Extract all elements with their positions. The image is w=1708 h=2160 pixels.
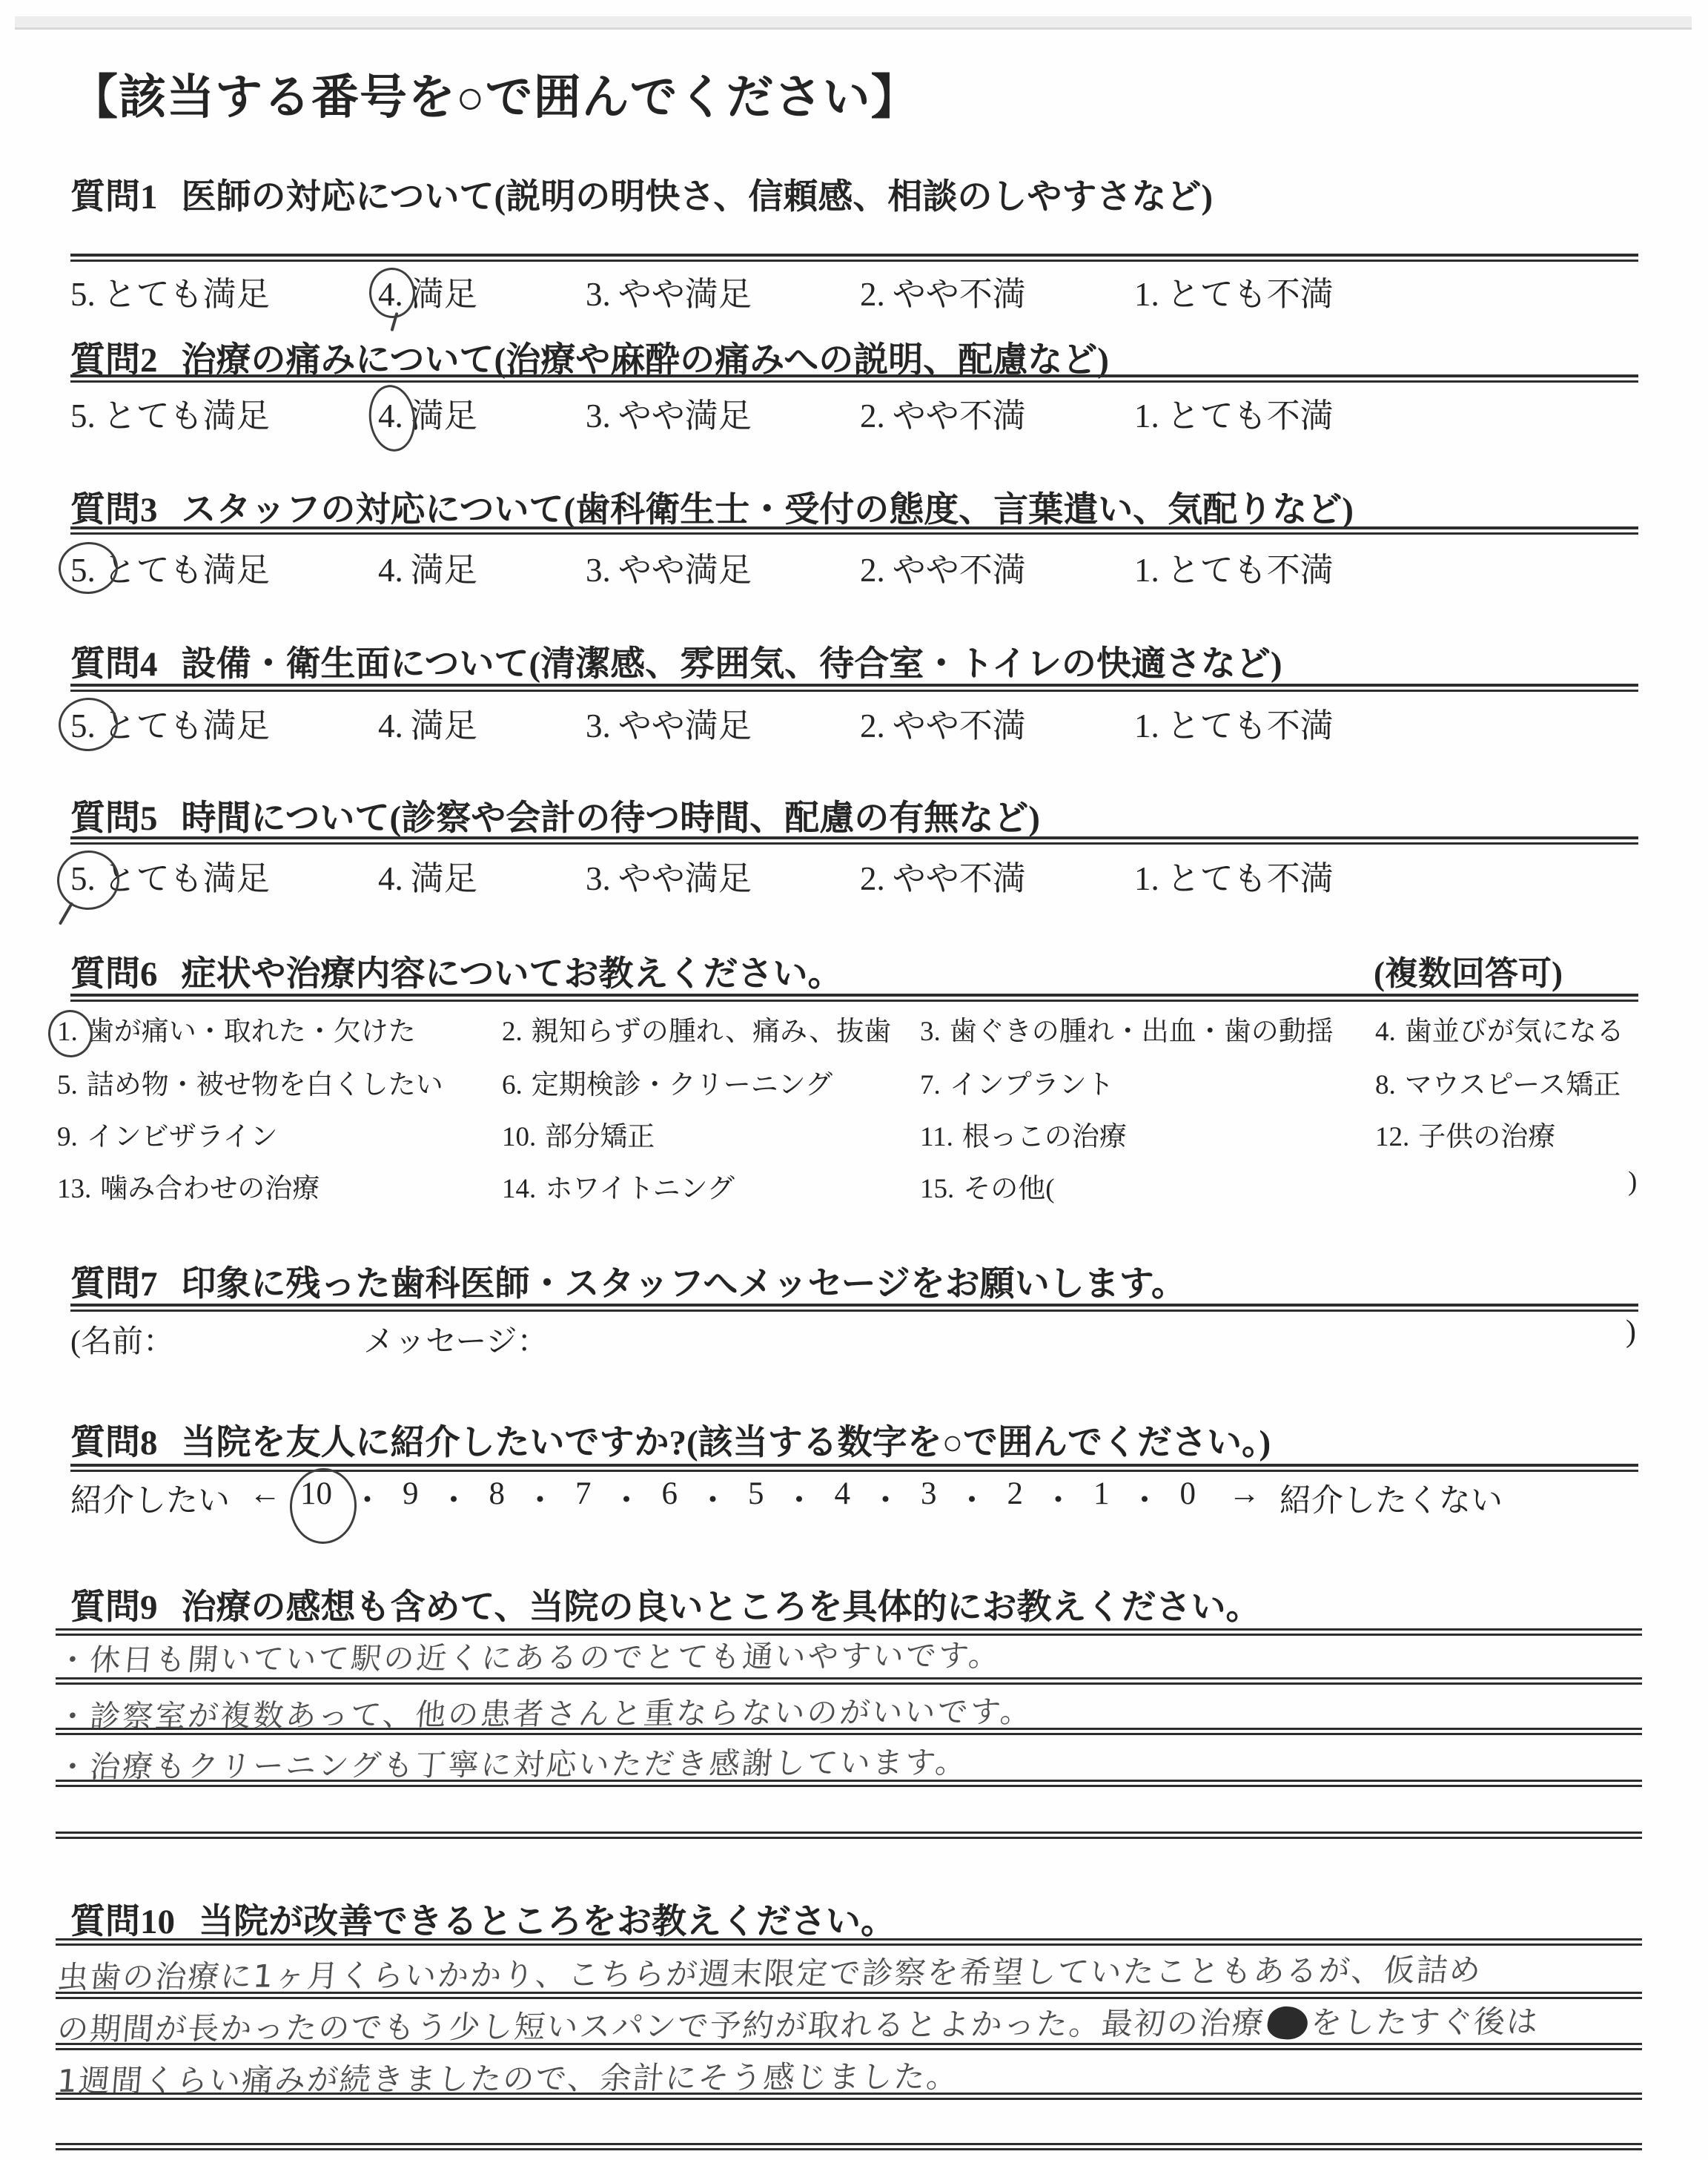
q6-other-close-paren: ) [1628, 1166, 1637, 1198]
option-label: やや満足 [618, 552, 752, 589]
q6-item-14: 14.ホワイトニング [502, 1166, 920, 1206]
q6-items-row-4: 13.噛み合わせの治療 14.ホワイトニング 15.その他( [57, 1166, 1375, 1206]
circled-number-wrap: 4. [378, 275, 411, 314]
option-label: とても不満 [1167, 552, 1334, 589]
q8-heading: 質問8当院を友人に紹介したいですか?(該当する数字を○で囲んでください。) [70, 1415, 1271, 1464]
option-label: やや満足 [618, 276, 752, 313]
item-number: 6. [502, 1070, 523, 1100]
q3-heading: 質問3スタッフの対応について(歯科衛生士・受付の態度、言葉遣い、気配りなど) [70, 482, 1354, 532]
q10-answer-line-rule [56, 2143, 1642, 2150]
dot-separator: ・ [697, 1476, 729, 1521]
dot-separator: ・ [351, 1476, 383, 1521]
q2-option-3: 3.やや満足 [586, 389, 860, 437]
q6-item-3: 3.歯ぐきの腫れ・出血・歯の動揺 [920, 1008, 1375, 1048]
q8-number-4: 4 [835, 1476, 851, 1512]
item-number: 15. [920, 1174, 954, 1204]
q7-text: 印象に残った歯科医師・スタッフへメッセージをお願いします。 [182, 1265, 1186, 1304]
q9-answer-line-rule [56, 1728, 1642, 1735]
q7-rule [70, 1304, 1638, 1312]
item-number: 14. [502, 1174, 536, 1204]
scribbled-out-character [1265, 2004, 1311, 2041]
circled-number-wrap: 5. [70, 707, 103, 745]
option-number: 4. [378, 707, 403, 744]
item-number: 9. [57, 1122, 78, 1152]
q9-handwritten-answer-1: ・休日も開いていて駅の近くにあるのでとても通いやすいです。 [56, 1631, 1003, 1680]
circled-number-wrap: 10 [300, 1476, 332, 1512]
item-label: 定期検診・クリーニング [532, 1070, 833, 1100]
q6-item-9: 9.インビザライン [57, 1114, 502, 1154]
q6-item-2: 2.親知らずの腫れ、痛み、抜歯 [502, 1008, 920, 1048]
q1-options: 5.とても満足 4.満足 3.やや満足 2.やや不満 1.とても不満 [70, 267, 1334, 315]
q3-rule [70, 526, 1638, 535]
option-number: 1. [1134, 397, 1159, 435]
q6-label: 質問6 [70, 955, 158, 994]
option-label: 満足 [411, 707, 477, 744]
q1-option-2: 2.やや不満 [860, 267, 1134, 315]
item-number: 2. [502, 1017, 523, 1047]
scan-edge-artifact [15, 16, 1692, 30]
item-label: マウスピース矯正 [1405, 1070, 1621, 1100]
item-number: 5. [57, 1070, 78, 1100]
q6-item-12: 12.子供の治療 [1375, 1114, 1555, 1154]
q3-text: スタッフの対応について(歯科衛生士・受付の態度、言葉遣い、気配りなど) [182, 491, 1354, 529]
q3-option-2: 2.やや不満 [860, 543, 1134, 591]
q6-items-row-2: 5.詰め物・被せ物を白くしたい 6.定期検診・クリーニング 7.インプラント 8… [57, 1062, 1621, 1102]
item-number: 11. [920, 1122, 953, 1152]
q8-label: 質問8 [70, 1424, 158, 1462]
dot-separator: ・ [1042, 1476, 1074, 1521]
item-label: 歯ぐきの腫れ・出血・歯の動揺 [950, 1017, 1334, 1047]
q4-text: 設備・衛生面について(清潔感、雰囲気、待合室・トイレの快適さなど) [182, 645, 1282, 684]
q6-text: 症状や治療内容についてお教えください。 [182, 955, 843, 994]
q5-option-3: 3.やや満足 [586, 851, 860, 899]
q8-number-6: 6 [662, 1476, 678, 1512]
item-label: インプラント [950, 1070, 1114, 1100]
item-label: 部分矯正 [545, 1122, 655, 1152]
selection-circle [57, 696, 120, 753]
item-number: 10. [502, 1122, 536, 1152]
q8-text: 当院を友人に紹介したいですか?(該当する数字を○で囲んでください。) [182, 1424, 1271, 1462]
option-label: やや満足 [618, 707, 752, 744]
q6-item-15: 15.その他( [920, 1166, 1375, 1206]
q5-option-1: 1.とても不満 [1134, 851, 1334, 899]
option-number: 1. [1134, 276, 1159, 313]
option-label: やや不満 [893, 397, 1026, 435]
q3-label: 質問3 [70, 491, 158, 529]
q4-options: 5.とても満足 4.満足 3.やや満足 2.やや不満 1.とても不満 [70, 698, 1334, 747]
item-number: 8. [1375, 1070, 1396, 1100]
circled-number-wrap: 1. [57, 1016, 87, 1048]
q9-heading: 質問9治療の感想も含めて、当院の良いところを具体的にお教えください。 [70, 1579, 1261, 1629]
option-number: 2. [860, 552, 885, 589]
item-number: 13. [57, 1174, 91, 1204]
option-label: 満足 [411, 552, 477, 589]
q1-option-1: 1.とても不満 [1134, 267, 1334, 315]
selection-circle [54, 848, 122, 913]
q10-handwritten-answer-2: の期間が長かったのでもう少し短いスパンで予約が取れるとよかった。最初の治療をした… [56, 1998, 1541, 2050]
q9-answer-line-rule [56, 1780, 1642, 1787]
q1-rule [70, 254, 1638, 262]
right-arrow-icon: → [1228, 1476, 1260, 1512]
q8-number-8: 8 [489, 1476, 506, 1512]
circled-number-wrap: 5. [70, 859, 103, 898]
option-number: 2. [860, 397, 885, 435]
q3-option-1: 1.とても不満 [1134, 543, 1334, 591]
item-number: 4. [1375, 1017, 1396, 1047]
q8-number-0: 0 [1180, 1476, 1196, 1512]
q3-option-5: 5.とても満足 [70, 543, 378, 591]
q5-rule [70, 836, 1638, 845]
q6-heading: 質問6症状や治療内容についてお教えください。 [70, 946, 843, 996]
q8-right-label: 紹介したくない [1280, 1476, 1503, 1521]
option-label: とても満足 [103, 707, 270, 744]
option-number: 5. [70, 276, 96, 313]
item-label: 根っこの治療 [962, 1122, 1127, 1152]
q8-left-label: 紹介したい [70, 1476, 230, 1521]
q1-heading: 質問1医師の対応について(説明の明快さ、信頼感、相談のしやすさなど) [70, 169, 1213, 219]
option-label: とても満足 [103, 276, 270, 313]
q4-heading: 質問4設備・衛生面について(清潔感、雰囲気、待合室・トイレの快適さなど) [70, 636, 1282, 686]
option-label: とても不満 [1167, 860, 1334, 897]
option-number: 5. [70, 397, 96, 435]
option-label: やや満足 [618, 397, 752, 435]
q5-text: 時間について(診察や会計の待つ時間、配慮の有無など) [182, 799, 1040, 838]
q10-answer-line-rule [56, 2093, 1642, 2100]
q5-option-2: 2.やや不満 [860, 851, 1134, 899]
item-label: 歯が痛い・取れた・欠けた [87, 1017, 416, 1047]
option-label: 満足 [411, 276, 477, 313]
q6-item-7: 7.インプラント [920, 1062, 1375, 1102]
circled-number-wrap: 5. [70, 551, 103, 589]
q3-option-4: 4.満足 [378, 543, 586, 591]
q10-handwritten-answer-1: 虫歯の治療に1ヶ月くらいかかり、こちらが週末限定で診察を希望していたこともあるが… [56, 1946, 1484, 1998]
q1-option-3: 3.やや満足 [586, 267, 860, 315]
item-number: 3. [920, 1017, 941, 1047]
option-label: とても不満 [1167, 276, 1334, 313]
q4-option-4: 4.満足 [378, 698, 586, 747]
item-label: 子供の治療 [1418, 1122, 1555, 1152]
option-label: やや不満 [893, 552, 1026, 589]
option-label: やや不満 [893, 860, 1026, 897]
q2-option-4: 4.満足 [378, 389, 586, 437]
option-label: 満足 [411, 860, 477, 897]
option-number: 3. [586, 707, 611, 744]
dot-separator: ・ [784, 1476, 815, 1521]
q4-option-1: 1.とても不満 [1134, 698, 1334, 747]
q6-rule [70, 994, 1638, 1002]
option-number: 1. [1134, 860, 1159, 897]
option-label: やや不満 [893, 707, 1026, 744]
item-number: 12. [1375, 1122, 1409, 1152]
q8-scale: 紹介したい ← 10 ・ 9 ・ 8 ・ 7 ・ 6 ・ 5 ・ 4 ・ 3 ・… [70, 1476, 1503, 1521]
option-number: 2. [860, 860, 885, 897]
dot-separator: ・ [870, 1476, 901, 1521]
option-label: とても満足 [103, 552, 270, 589]
q1-text: 医師の対応について(説明の明快さ、信頼感、相談のしやすさなど) [182, 178, 1213, 217]
q4-option-3: 3.やや満足 [586, 698, 860, 747]
q6-items-row-1: 1.歯が痛い・取れた・欠けた 2.親知らずの腫れ、痛み、抜歯 3.歯ぐきの腫れ・… [57, 1008, 1624, 1048]
q8-number-7: 7 [575, 1476, 592, 1512]
q2-option-2: 2.やや不満 [860, 389, 1134, 437]
dot-separator: ・ [438, 1476, 470, 1521]
q4-option-2: 2.やや不満 [860, 698, 1134, 747]
q10-heading: 質問10当院が改善できるところをお教えください。 [70, 1894, 896, 1943]
q10-answer-line-rule [56, 2043, 1642, 2050]
selection-circle [46, 1008, 94, 1060]
q7-label: 質問7 [70, 1265, 158, 1304]
q6-item-6: 6.定期検診・クリーニング [502, 1062, 920, 1102]
circled-number-wrap: 4. [378, 397, 411, 435]
q5-options: 5.とても満足 4.満足 3.やや満足 2.やや不満 1.とても不満 [70, 851, 1334, 899]
q10-answer-2-pre: の期間が長かったのでもう少し短いスパンで予約が取れるとよかった。最初の治療 [56, 2004, 1266, 2047]
q7-message-field-label: メッセージ： [363, 1317, 548, 1361]
option-number: 3. [586, 552, 611, 589]
q4-option-5: 5.とても満足 [70, 698, 378, 747]
q3-option-3: 3.やや満足 [586, 543, 860, 591]
item-label: 歯並びが気になる [1405, 1017, 1624, 1047]
item-label: 詰め物・被せ物を白くしたい [87, 1070, 443, 1100]
item-number: 7. [920, 1070, 941, 1100]
item-label: ホワイトニング [545, 1174, 735, 1204]
q2-option-1: 1.とても不満 [1134, 389, 1334, 437]
q7-name-field-label: (名前： [70, 1317, 174, 1361]
option-number: 1. [1134, 552, 1159, 589]
q6-multi-answer-note: (複数回答可) [1374, 946, 1563, 994]
dot-separator: ・ [956, 1476, 988, 1521]
dot-separator: ・ [1129, 1476, 1161, 1521]
q6-item-13: 13.噛み合わせの治療 [57, 1166, 502, 1206]
q1-option-4: 4.満足 [378, 267, 586, 315]
q6-item-8: 8.マウスピース矯正 [1375, 1062, 1621, 1102]
q10-answer-2-post: をしたすぐ後は [1309, 2004, 1540, 2041]
option-number: 2. [860, 707, 885, 744]
q1-label: 質問1 [70, 178, 158, 217]
q10-text: 当院が改善できるところをお教えください。 [199, 1903, 896, 1941]
q2-rule [70, 374, 1638, 383]
left-arrow-icon: ← [249, 1476, 281, 1512]
option-number: 2. [860, 276, 885, 313]
option-label: 満足 [411, 397, 477, 435]
q6-item-4: 4.歯並びが気になる [1375, 1008, 1624, 1048]
q5-option-5: 5.とても満足 [70, 851, 378, 899]
option-number: 3. [586, 276, 611, 313]
dot-separator: ・ [524, 1476, 556, 1521]
q4-label: 質問4 [70, 645, 158, 684]
q8-number-5: 5 [748, 1476, 764, 1512]
q1-option-5: 5.とても満足 [70, 267, 378, 315]
q6-item-1: 1.歯が痛い・取れた・欠けた [57, 1008, 502, 1048]
q2-option-5: 5.とても満足 [70, 389, 378, 437]
item-label: 親知らずの腫れ、痛み、抜歯 [532, 1017, 891, 1047]
q8-rule [70, 1464, 1638, 1472]
q2-options: 5.とても満足 4.満足 3.やや満足 2.やや不満 1.とても不満 [70, 389, 1334, 437]
option-label: とても満足 [103, 860, 270, 897]
option-number: 3. [586, 397, 611, 435]
option-number: 1. [1134, 707, 1159, 744]
item-label: インビザライン [87, 1122, 278, 1152]
q9-answer-line-rule [56, 1832, 1642, 1839]
q8-number-9: 9 [403, 1476, 419, 1512]
option-label: とても不満 [1167, 707, 1334, 744]
q9-answer-line-rule [56, 1677, 1642, 1685]
q8-number-1: 1 [1093, 1476, 1110, 1512]
q5-heading: 質問5時間について(診察や会計の待つ時間、配慮の有無など) [70, 790, 1040, 840]
item-label: その他( [963, 1174, 1054, 1204]
option-number: 3. [586, 860, 611, 897]
q4-rule [70, 684, 1638, 692]
q3-options: 5.とても満足 4.満足 3.やや満足 2.やや不満 1.とても不満 [70, 543, 1334, 591]
q6-item-11: 11.根っこの治療 [920, 1114, 1375, 1154]
q9-text: 治療の感想も含めて、当院の良いところを具体的にお教えください。 [182, 1588, 1261, 1627]
q6-item-5: 5.詰め物・被せ物を白くしたい [57, 1062, 502, 1102]
item-label: 噛み合わせの治療 [100, 1174, 320, 1204]
dot-separator: ・ [611, 1476, 643, 1521]
q9-label: 質問9 [70, 1588, 158, 1627]
q6-item-10: 10.部分矯正 [502, 1114, 920, 1154]
option-number: 4. [378, 860, 403, 897]
option-number: 4. [378, 552, 403, 589]
q10-label: 質問10 [70, 1903, 175, 1941]
option-label: とても不満 [1167, 397, 1334, 435]
option-label: やや不満 [893, 276, 1026, 313]
q5-label: 質問5 [70, 799, 158, 838]
q10-answer-line-rule [56, 1938, 1642, 1946]
option-label: とても満足 [103, 397, 270, 435]
selection-circle-tail [59, 902, 73, 925]
survey-form-scan: 【該当する番号を○で囲んでください】 質問1医師の対応について(説明の明快さ、信… [0, 0, 1708, 2160]
q7-close-paren: ) [1626, 1314, 1636, 1350]
option-label: やや満足 [618, 860, 752, 897]
q5-option-4: 4.満足 [378, 851, 586, 899]
selection-circle [288, 1467, 358, 1545]
q8-number-3: 3 [921, 1476, 937, 1512]
q8-number-2: 2 [1007, 1476, 1024, 1512]
form-title: 【該当する番号を○で囲んでください】 [70, 59, 919, 128]
q7-heading: 質問7印象に残った歯科医師・スタッフへメッセージをお願いします。 [70, 1256, 1186, 1306]
q6-items-row-3: 9.インビザライン 10.部分矯正 11.根っこの治療 12.子供の治療 [57, 1114, 1555, 1154]
